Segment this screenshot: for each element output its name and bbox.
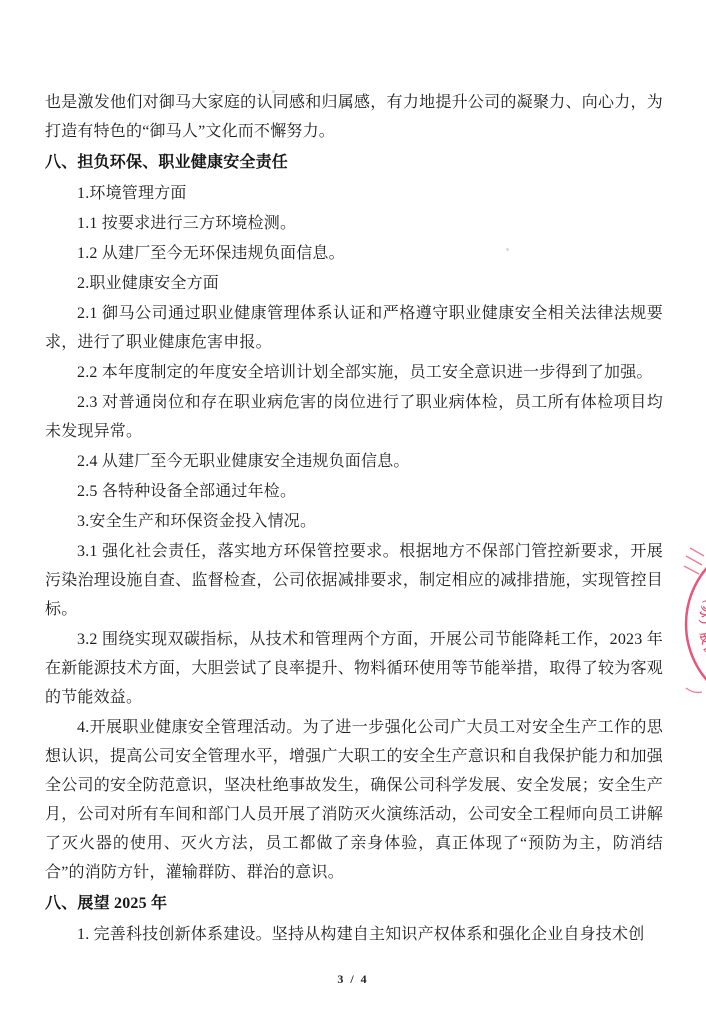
section-heading-env-health-safety: 八、担负环保、职业健康安全责任 bbox=[45, 148, 663, 177]
section-heading-outlook-2025: 八、展望 2025 年 bbox=[45, 889, 663, 918]
document-page: 也是激发他们对御马大家庭的认同感和归属感，有力地提升公司的凝聚力、向心力，为打造… bbox=[0, 0, 706, 1023]
seal-ring-icon bbox=[686, 542, 706, 710]
document-content: 也是激发他们对御马大家庭的认同感和归属感，有力地提升公司的凝聚力、向心力，为打造… bbox=[45, 88, 663, 950]
paragraph-1-2: 1.2 从建厂至今无环保违规负面信息。 bbox=[45, 239, 663, 268]
paragraph-safety-activities: 4.开展职业健康安全管理活动。为了进一步强化公司广大员工对安全生产工作的思想认识… bbox=[45, 713, 663, 887]
seal-dash-bottom-icon bbox=[686, 688, 702, 693]
paragraph-1-1: 1.1 按要求进行三方环境检测。 bbox=[45, 209, 663, 238]
scan-speck bbox=[272, 90, 275, 93]
paragraph-innovation-system: 1. 完善科技创新体系建设。坚持从构建自主知识产权体系和强化企业自身技术创 bbox=[45, 920, 663, 949]
paragraph-2-3: 2.3 对普通岗位和存在职业病危害的岗位进行了职业病体检，员工所有体检项目均未发… bbox=[45, 388, 663, 446]
seal-text: INC（苏）股份有限 bbox=[697, 568, 706, 683]
paragraph-continuation: 也是激发他们对御马大家庭的认同感和归属感，有力地提升公司的凝聚力、向心力，为打造… bbox=[45, 88, 663, 146]
page-number: 3 / 4 bbox=[0, 972, 706, 987]
paragraph-env-management: 1.环境管理方面 bbox=[45, 179, 663, 208]
seal-hatch-top-icon bbox=[684, 548, 704, 574]
paragraph-occupational-health: 2.职业健康安全方面 bbox=[45, 269, 663, 298]
paragraph-2-2: 2.2 本年度制定的年度安全培训计划全部实施，员工安全意识进一步得到了加强。 bbox=[45, 358, 663, 387]
paragraph-2-5: 2.5 各特种设备全部通过年检。 bbox=[45, 477, 663, 506]
paragraph-3-1: 3.1 强化社会责任，落实地方环保管控要求。根据地方不保部门管控新要求，开展污染… bbox=[45, 537, 663, 624]
paragraph-3-2: 3.2 围绕实现双碳指标，从技术和管理两个方面，开展公司节能降耗工作，2023 … bbox=[45, 625, 663, 712]
scan-speck bbox=[506, 248, 509, 251]
paragraph-2-4: 2.4 从建厂至今无职业健康安全违规负面信息。 bbox=[45, 447, 663, 476]
paragraph-2-1: 2.1 御马公司通过职业健康管理体系认证和严格遵守职业健康安全相关法律法规要求，… bbox=[45, 299, 663, 357]
red-seal-stamp-partial: INC（苏）股份有限 bbox=[672, 542, 706, 712]
paragraph-safety-funding: 3.安全生产和环保资金投入情况。 bbox=[45, 507, 663, 536]
